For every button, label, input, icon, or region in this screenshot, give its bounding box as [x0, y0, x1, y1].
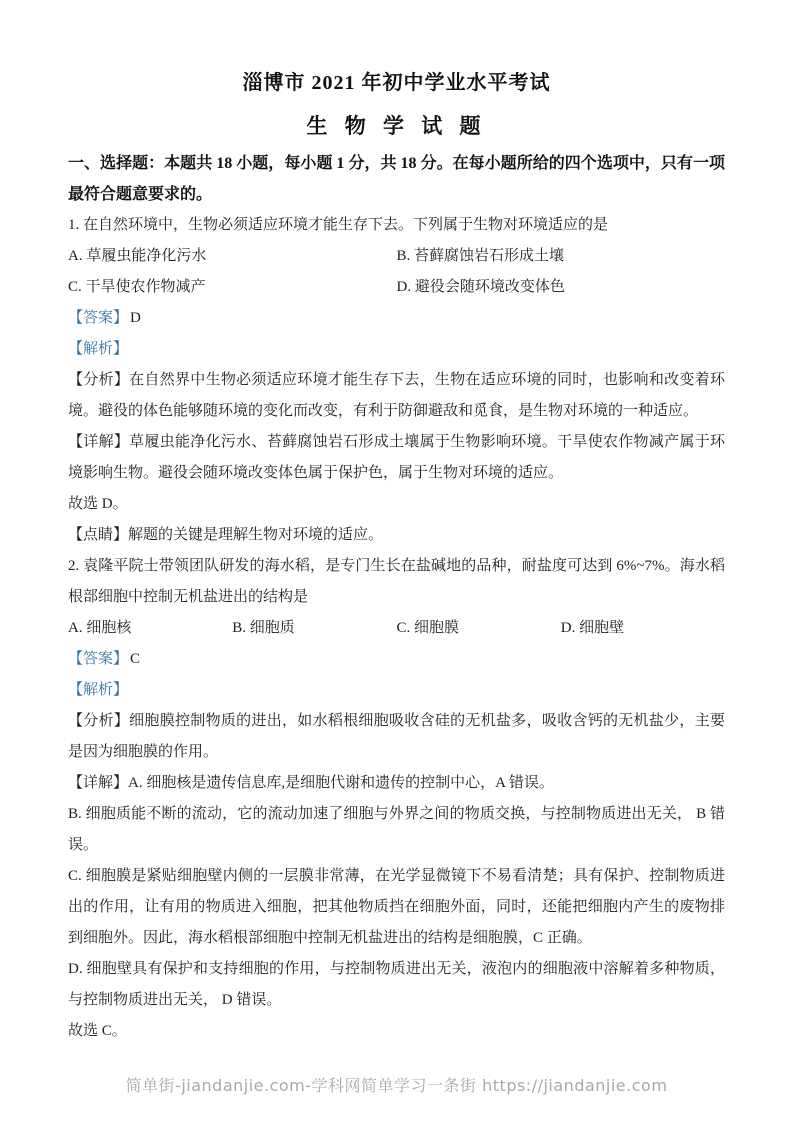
explanation-paragraph: C. 细胞膜是紧贴细胞壁内侧的一层膜非常薄，在光学显微镜下不易看清楚；具有保护、… — [68, 861, 725, 954]
analysis-tag: 【解析】 — [68, 682, 128, 698]
option-a: A. 细胞核 — [68, 613, 232, 644]
answer-tag: 【答案】 — [68, 310, 128, 326]
options-row: A. 细胞核 B. 细胞质 C. 细胞膜 D. 细胞壁 — [68, 613, 725, 644]
footer-watermark: 简单街-jiandanjie.com-学科网简单学习一条街 https://ji… — [0, 1073, 793, 1096]
explanation-paragraph: B. 细胞质能不断的流动，它的流动加速了细胞与外界之间的物质交换，与控制物质进出… — [68, 799, 725, 861]
page-title: 淄博市 2021 年初中学业水平考试 — [68, 62, 725, 104]
explanation-paragraph: 【详解】A. 细胞核是遗传信息库,是细胞代谢和遗传的控制中心，A 错误。 — [68, 768, 725, 799]
answer-line: 【答案】C — [68, 644, 725, 675]
option-c: C. 干旱使农作物减产 — [68, 272, 397, 303]
options-row: A. 草履虫能净化污水 B. 苔藓腐蚀岩石形成土壤 C. 干旱使农作物减产 D.… — [68, 241, 725, 303]
question-block-2: 2. 袁隆平院士带领团队研发的海水稻，是专门生长在盐碱地的品种，耐盐度可达到 6… — [68, 551, 725, 1047]
option-c: C. 细胞膜 — [397, 613, 561, 644]
analysis-line: 【解析】 — [68, 675, 725, 706]
answer-tag: 【答案】 — [68, 651, 128, 667]
analysis-line: 【解析】 — [68, 334, 725, 365]
explanation-paragraph: 【详解】草履虫能净化污水、苔藓腐蚀岩石形成土壤属于生物影响环境。干旱使农作物减产… — [68, 427, 725, 489]
explanation-paragraph: 【分析】细胞膜控制物质的进出，如水稻根细胞吸收含硅的无机盐多，吸收含钙的无机盐少… — [68, 706, 725, 768]
analysis-tag: 【解析】 — [68, 341, 128, 357]
section-heading: 一、选择题：本题共 18 小题，每小题 1 分，共 18 分。在每小题所给的四个… — [68, 148, 725, 210]
answer-line: 【答案】D — [68, 303, 725, 334]
option-b: B. 细胞质 — [232, 613, 396, 644]
explanation-paragraph: 故选 D。 — [68, 489, 725, 520]
question-stem: 1. 在自然环境中，生物必须适应环境才能生存下去。下列属于生物对环境适应的是 — [68, 210, 725, 241]
question-stem: 2. 袁隆平院士带领团队研发的海水稻，是专门生长在盐碱地的品种，耐盐度可达到 6… — [68, 551, 725, 613]
question-block-1: 1. 在自然环境中，生物必须适应环境才能生存下去。下列属于生物对环境适应的是 A… — [68, 210, 725, 551]
answer-value: C — [128, 651, 140, 667]
option-d: D. 细胞壁 — [561, 613, 725, 644]
explanation-paragraph: D. 细胞壁具有保护和支持细胞的作用，与控制物质进出无关，液泡内的细胞液中溶解着… — [68, 954, 725, 1016]
option-a: A. 草履虫能净化污水 — [68, 241, 397, 272]
page-subtitle: 生 物 学 试 题 — [68, 104, 725, 148]
explanation-paragraph: 故选 C。 — [68, 1016, 725, 1047]
explanation-paragraph: 【分析】在自然界中生物必须适应环境才能生存下去，生物在适应环境的同时，也影响和改… — [68, 365, 725, 427]
answer-value: D — [128, 310, 141, 326]
option-b: B. 苔藓腐蚀岩石形成土壤 — [397, 241, 726, 272]
option-d: D. 避役会随环境改变体色 — [397, 272, 726, 303]
exam-document-page: 淄博市 2021 年初中学业水平考试 生 物 学 试 题 一、选择题：本题共 1… — [0, 0, 793, 1122]
explanation-paragraph: 【点睛】解题的关键是理解生物对环境的适应。 — [68, 520, 725, 551]
